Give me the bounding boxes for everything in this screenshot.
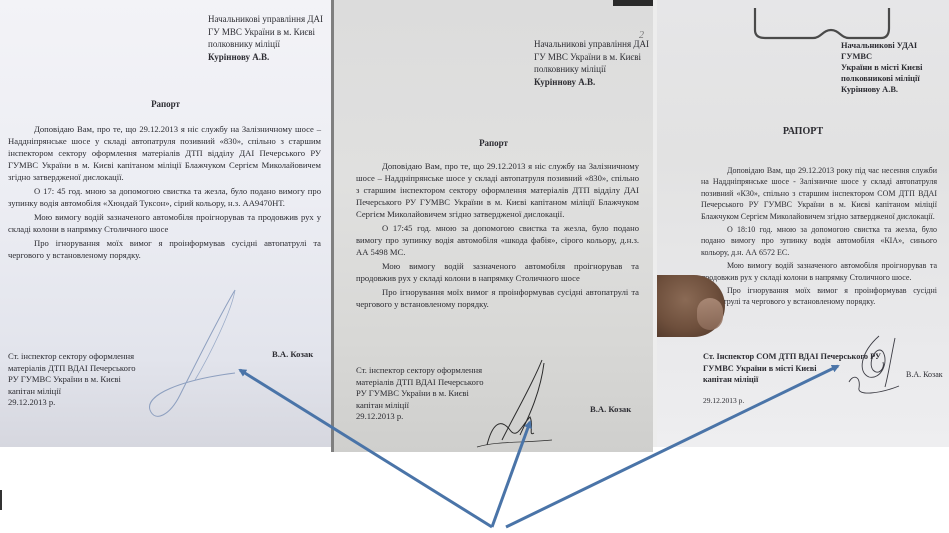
annotation-arrows [0, 0, 949, 533]
arrow-to-signature-1 [240, 370, 492, 527]
arrow-to-signature-2 [492, 422, 530, 527]
arrow-to-signature-3 [506, 366, 838, 527]
text-cursor [0, 490, 2, 510]
